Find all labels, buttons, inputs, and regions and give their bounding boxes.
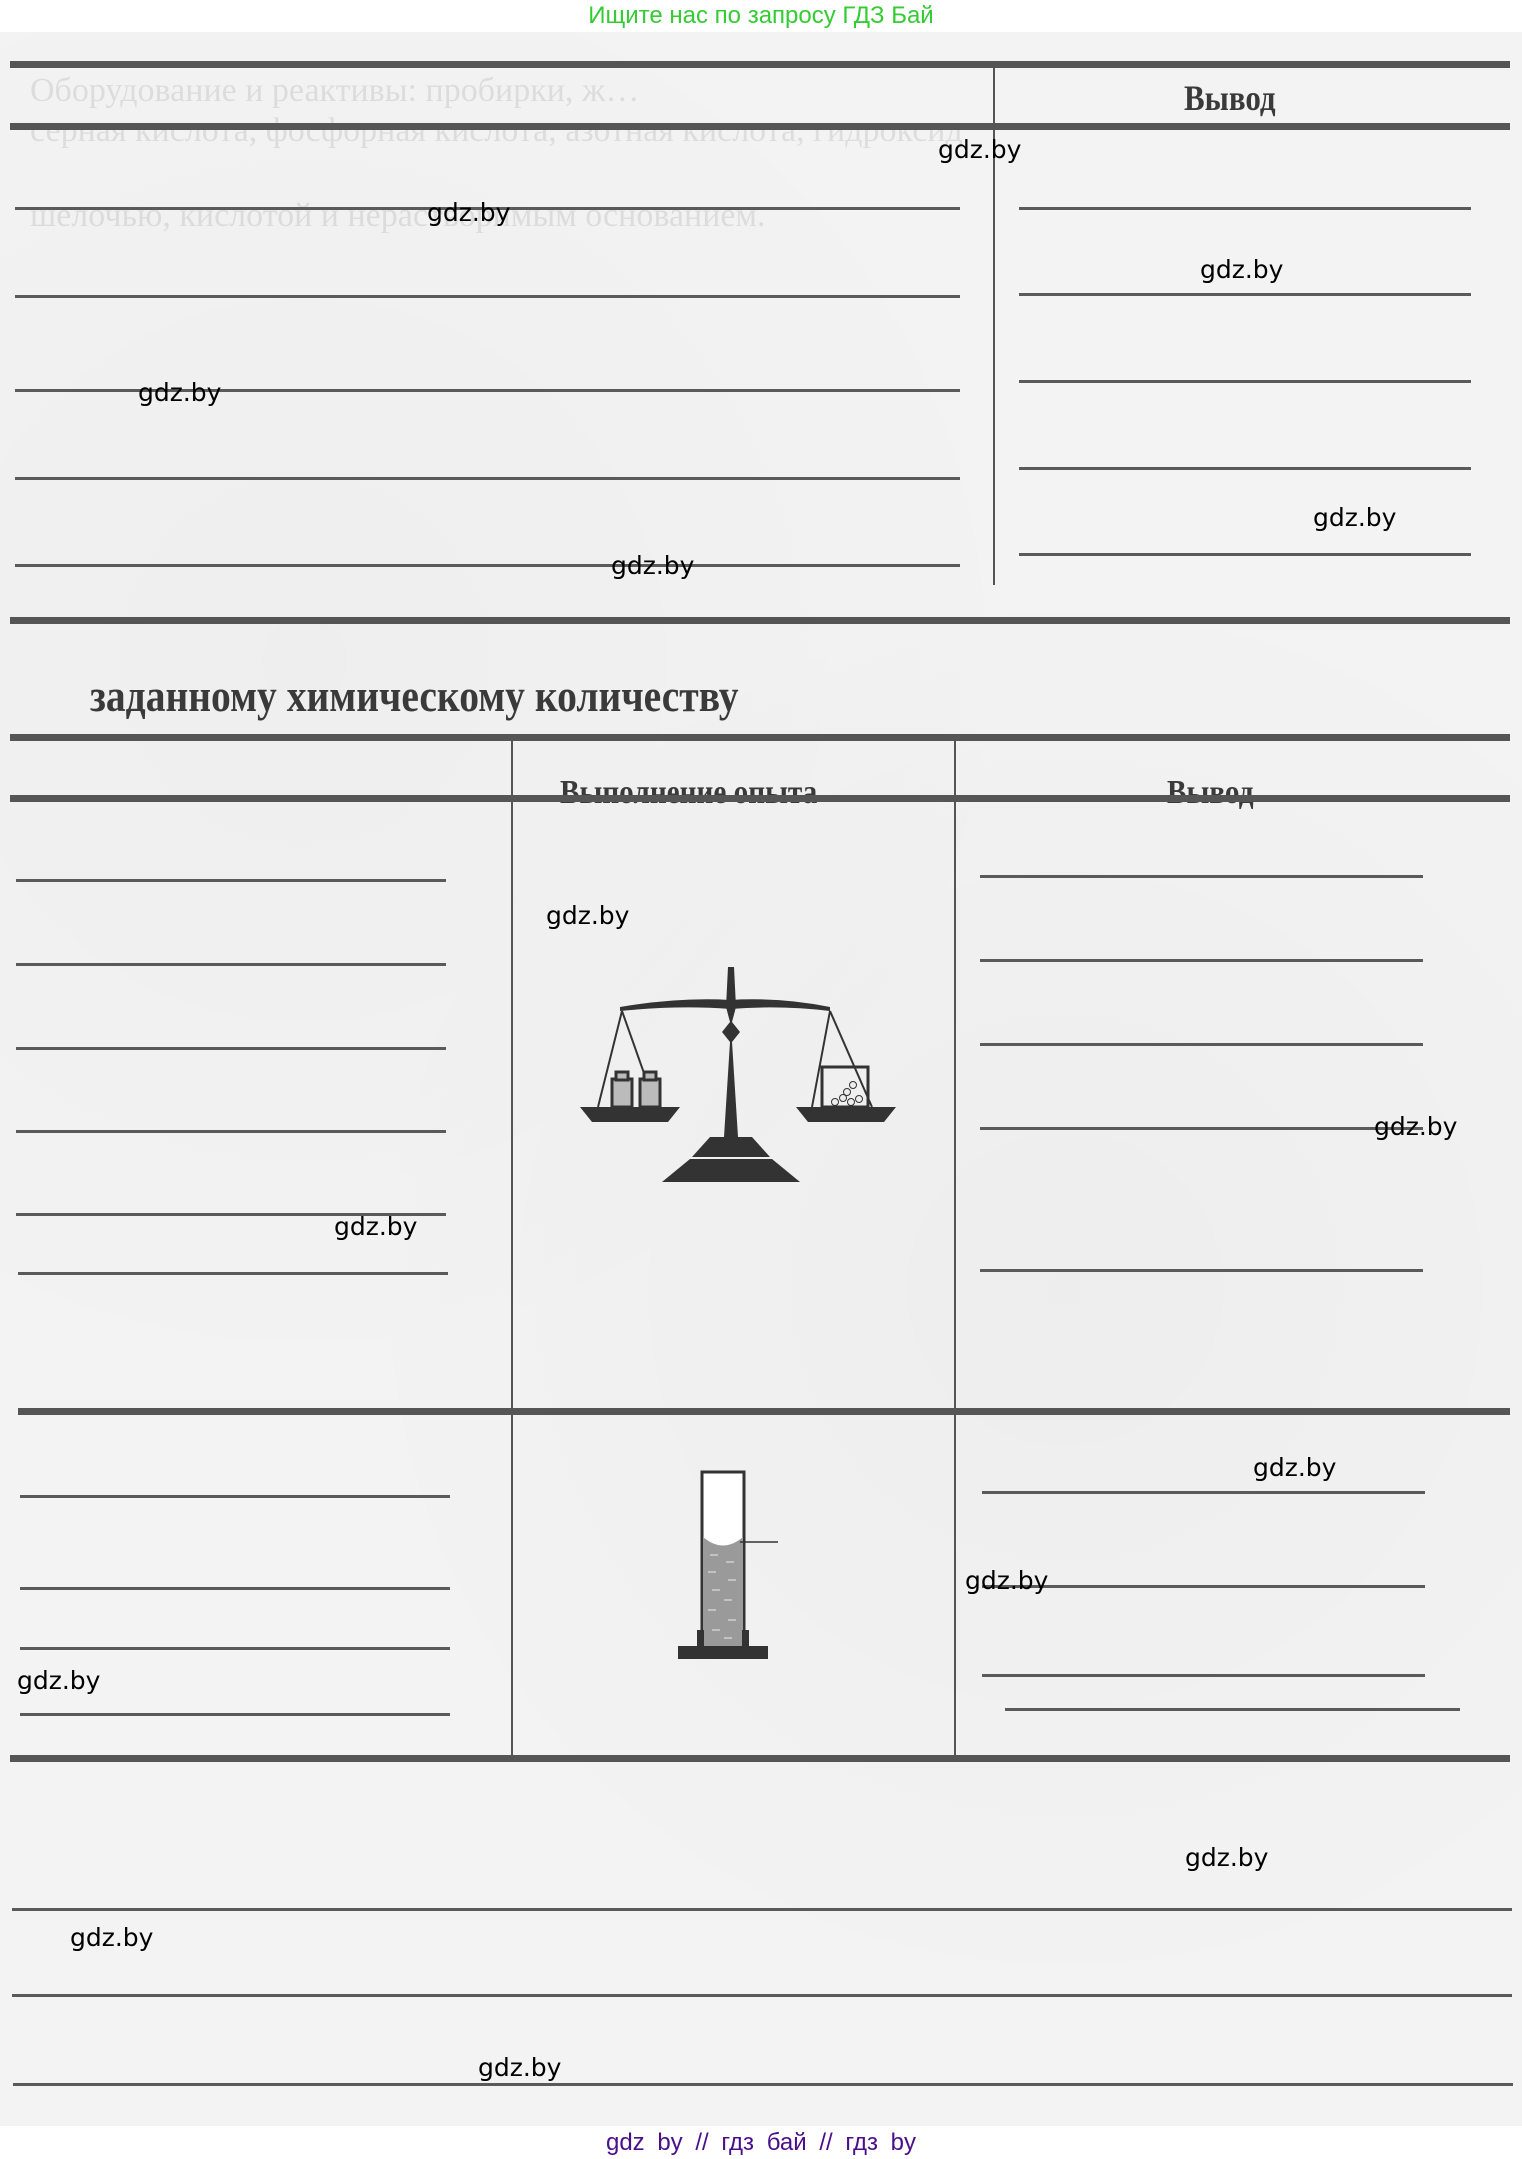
lower-table-bottom-rule <box>10 1755 1510 1762</box>
answer-line[interactable] <box>15 477 960 480</box>
watermark: gdz.by <box>334 1214 417 1239</box>
answer-line[interactable] <box>1019 380 1471 383</box>
watermark: gdz.by <box>1253 1455 1336 1480</box>
watermark: gdz.by <box>965 1568 1048 1593</box>
bleed-through-text: Оборудование и реактивы: пробирки, ж… <box>30 72 639 110</box>
watermark: gdz.by <box>427 200 510 225</box>
bottom-banner: gdz by // гдз бай // гдз by <box>0 2126 1522 2159</box>
answer-line[interactable] <box>18 1272 448 1275</box>
section-title: заданному химическому количеству <box>90 669 738 722</box>
answer-line[interactable] <box>1019 467 1471 470</box>
answer-line[interactable] <box>1005 1708 1460 1711</box>
watermark: gdz.by <box>1374 1114 1457 1139</box>
lower-table-divider-right <box>954 734 956 1759</box>
upper-table-header-vyvod: Вывод <box>1184 77 1276 119</box>
answer-line[interactable] <box>1019 207 1471 210</box>
answer-line[interactable] <box>16 1047 446 1050</box>
watermark: gdz.by <box>478 2055 561 2080</box>
balance-scale-icon <box>560 967 900 1197</box>
answer-line[interactable] <box>982 1674 1425 1677</box>
watermark: gdz.by <box>938 137 1021 162</box>
answer-line[interactable] <box>980 1269 1423 1272</box>
scanned-page: Оборудование и реактивы: пробирки, ж… се… <box>0 32 1522 2126</box>
answer-line[interactable] <box>20 1587 450 1590</box>
watermark: gdz.by <box>546 903 629 928</box>
answer-line[interactable] <box>16 1130 446 1133</box>
top-banner: Ищите нас по запросу ГДЗ Бай <box>0 0 1522 32</box>
answer-line[interactable] <box>980 1043 1423 1046</box>
watermark: gdz.by <box>1185 1845 1268 1870</box>
bleed-through-text: шелочью, кислотой и нерастворимым основа… <box>30 197 766 235</box>
upper-table-bottom-rule <box>10 617 1510 624</box>
answer-line[interactable] <box>15 564 960 567</box>
watermark: gdz.by <box>70 1925 153 1950</box>
lower-table-header-rule <box>10 795 1510 802</box>
answer-line[interactable] <box>15 295 960 298</box>
answer-line[interactable] <box>16 879 446 882</box>
answer-line[interactable] <box>980 875 1423 878</box>
answer-line[interactable] <box>982 1491 1425 1494</box>
answer-line[interactable] <box>20 1495 450 1498</box>
lower-table-divider-left <box>511 734 513 1759</box>
watermark: gdz.by <box>1200 257 1283 282</box>
answer-line[interactable] <box>20 1647 450 1650</box>
answer-line[interactable] <box>13 2083 1513 2086</box>
answer-line[interactable] <box>980 959 1423 962</box>
lower-table-header-experiment: Выполнение опыта <box>560 774 817 812</box>
answer-line[interactable] <box>12 1994 1512 1997</box>
lower-table-row-rule <box>18 1408 1510 1415</box>
watermark: gdz.by <box>611 553 694 578</box>
bleed-through-text: серная кислота, фосфорная кислота, азотн… <box>30 112 963 150</box>
answer-line[interactable] <box>16 963 446 966</box>
answer-line[interactable] <box>12 1908 1512 1911</box>
answer-line[interactable] <box>980 1127 1423 1130</box>
lower-table-header-vyvod: Вывод <box>1167 774 1253 812</box>
answer-line[interactable] <box>1019 553 1471 556</box>
lower-table-top-rule <box>10 734 1510 741</box>
watermark: gdz.by <box>138 380 221 405</box>
upper-table-top-rule <box>10 61 1510 68</box>
watermark: gdz.by <box>1313 505 1396 530</box>
measuring-cylinder-icon <box>678 1470 778 1660</box>
answer-line[interactable] <box>20 1713 450 1716</box>
upper-table-header-rule <box>10 123 1510 130</box>
watermark: gdz.by <box>17 1668 100 1693</box>
answer-line[interactable] <box>1019 293 1471 296</box>
